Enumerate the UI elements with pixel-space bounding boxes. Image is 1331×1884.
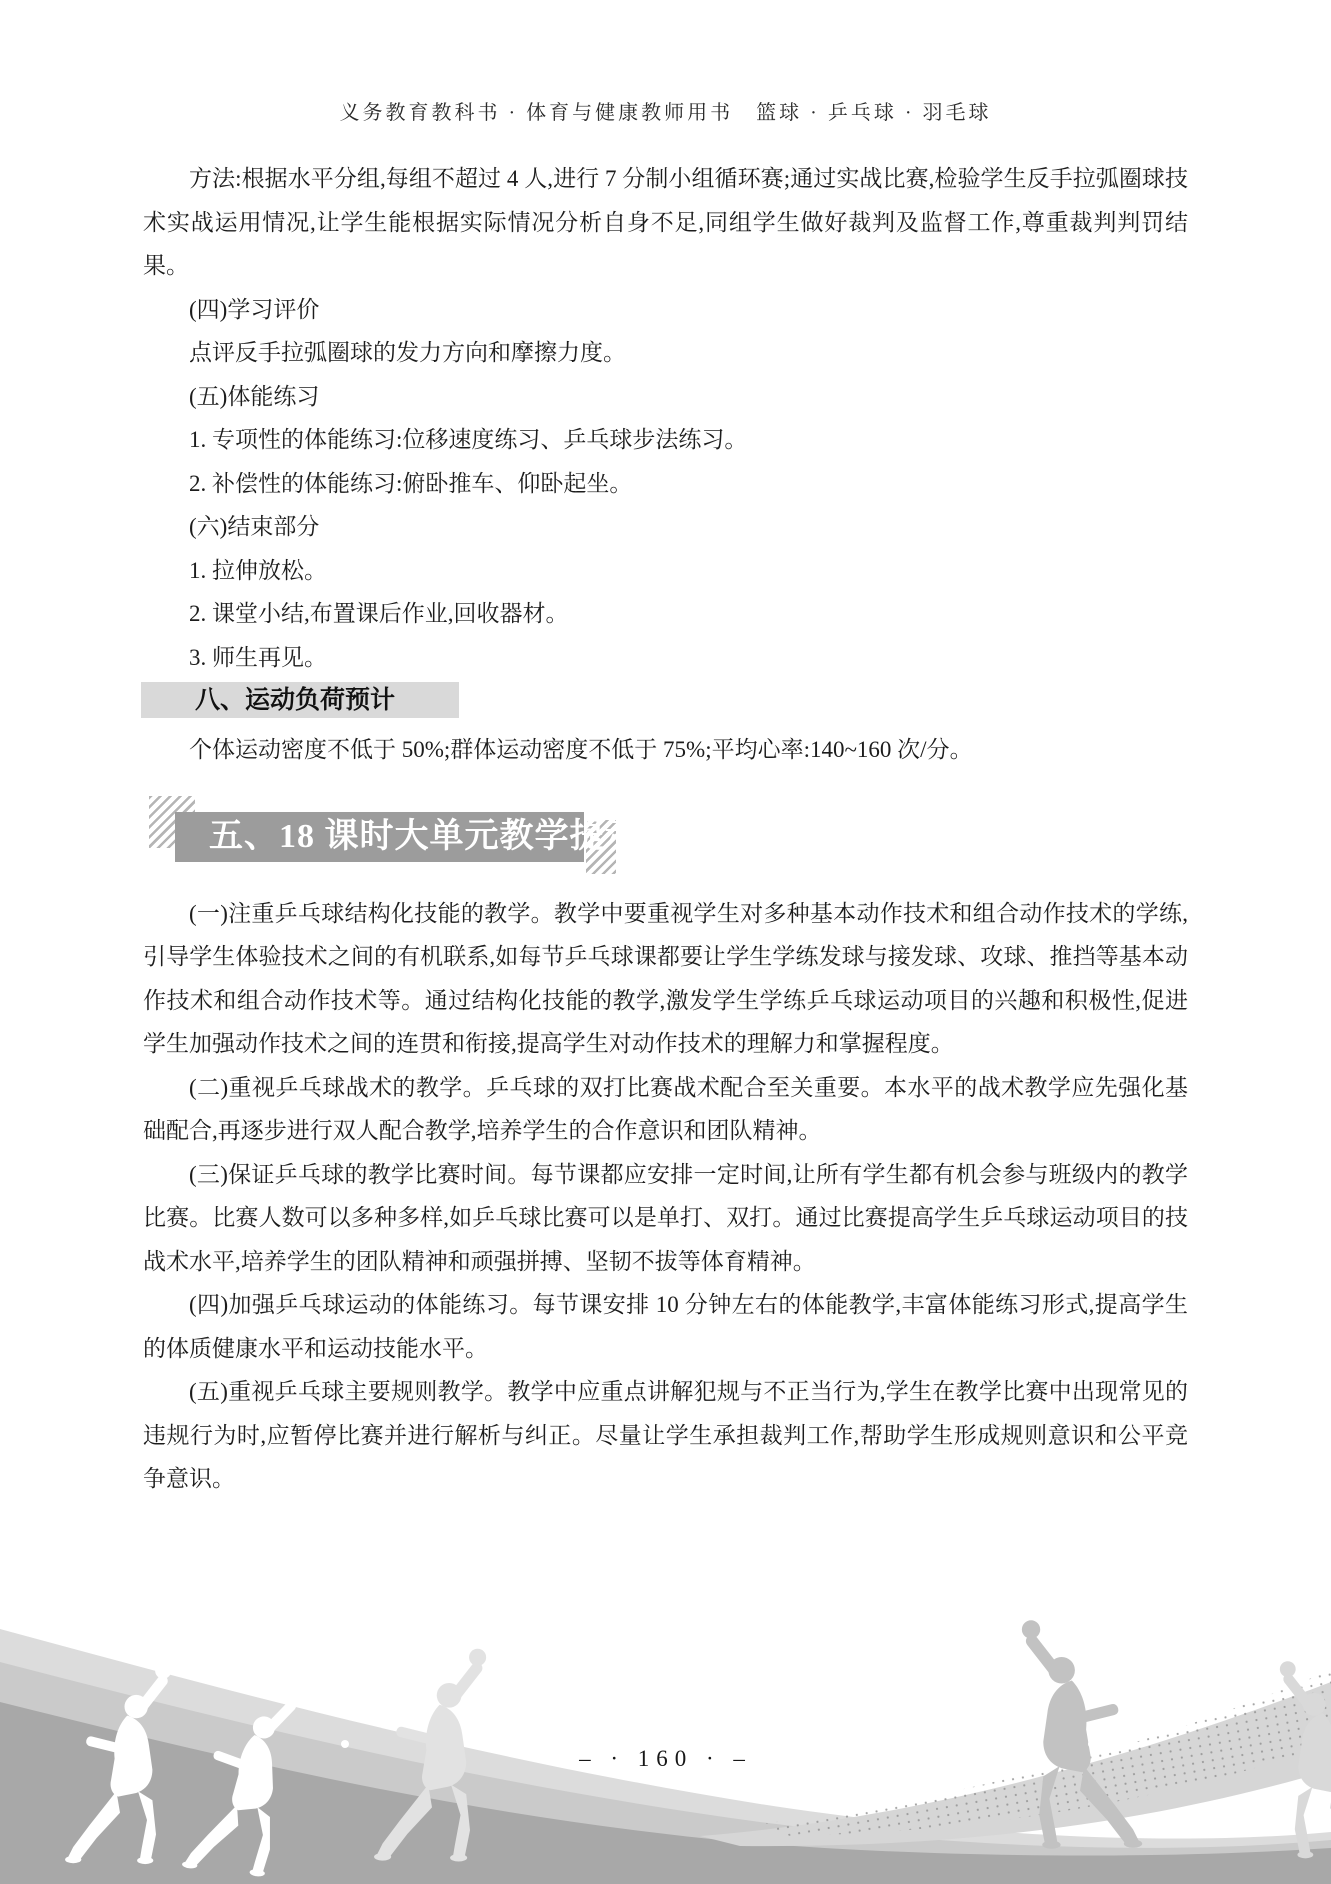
list-item: 1. 专项性的体能练习:位移速度练习、乒乓球步法练习。 bbox=[143, 418, 1188, 462]
list-heading: (五)体能练习 bbox=[143, 375, 1188, 419]
paragraph: 方法:根据水平分组,每组不超过 4 人,进行 7 分制小组循环赛;通过实战比赛,… bbox=[143, 157, 1188, 288]
paragraph: (二)重视乒乓球战术的教学。乒乓球的双打比赛战术配合至关重要。本水平的战术教学应… bbox=[143, 1066, 1188, 1153]
list-heading: (六)结束部分 bbox=[143, 505, 1188, 549]
running-header: 义务教育教科书 · 体育与健康教师用书 篮球 · 乒乓球 · 羽毛球 bbox=[143, 96, 1188, 125]
list-item: 3. 师生再见。 bbox=[143, 636, 1188, 680]
list-heading: (四)学习评价 bbox=[143, 288, 1188, 332]
paragraph: (四)加强乒乓球运动的体能练习。每节课安排 10 分钟左右的体能教学,丰富体能练… bbox=[143, 1283, 1188, 1370]
load-forecast-text: 个体运动密度不低于 50%;群体运动密度不低于 75%;平均心率:140~160… bbox=[143, 728, 1188, 772]
section-heading-load-forecast: 八、运动负荷预计 bbox=[141, 682, 459, 718]
book-page: 义务教育教科书 · 体育与健康教师用书 篮球 · 乒乓球 · 羽毛球 方法:根据… bbox=[0, 0, 1331, 1884]
unit-tips-title: 五、18 课时大单元教学提示 bbox=[175, 812, 584, 862]
footer-decoration bbox=[0, 1574, 1331, 1884]
unit-tips-header: 五、18 课时大单元教学提示 bbox=[143, 812, 1188, 862]
paragraph: (三)保证乒乓球的教学比赛时间。每节课都应安排一定时间,让所有学生都有机会参与班… bbox=[143, 1153, 1188, 1284]
paragraph: 点评反手拉弧圈球的发力方向和摩擦力度。 bbox=[143, 331, 1188, 375]
paragraph: (一)注重乒乓球结构化技能的教学。教学中要重视学生对多种基本动作技术和组合动作技… bbox=[143, 892, 1188, 1066]
page-number: – · 160 · – bbox=[0, 1746, 1331, 1772]
page-content: 方法:根据水平分组,每组不超过 4 人,进行 7 分制小组循环赛;通过实战比赛,… bbox=[143, 157, 1188, 1501]
list-item: 2. 课堂小结,布置课后作业,回收器材。 bbox=[143, 592, 1188, 636]
list-item: 1. 拉伸放松。 bbox=[143, 549, 1188, 593]
paragraph: (五)重视乒乓球主要规则教学。教学中应重点讲解犯规与不正当行为,学生在教学比赛中… bbox=[143, 1370, 1188, 1501]
list-item: 2. 补偿性的体能练习:俯卧推车、仰卧起坐。 bbox=[143, 462, 1188, 506]
